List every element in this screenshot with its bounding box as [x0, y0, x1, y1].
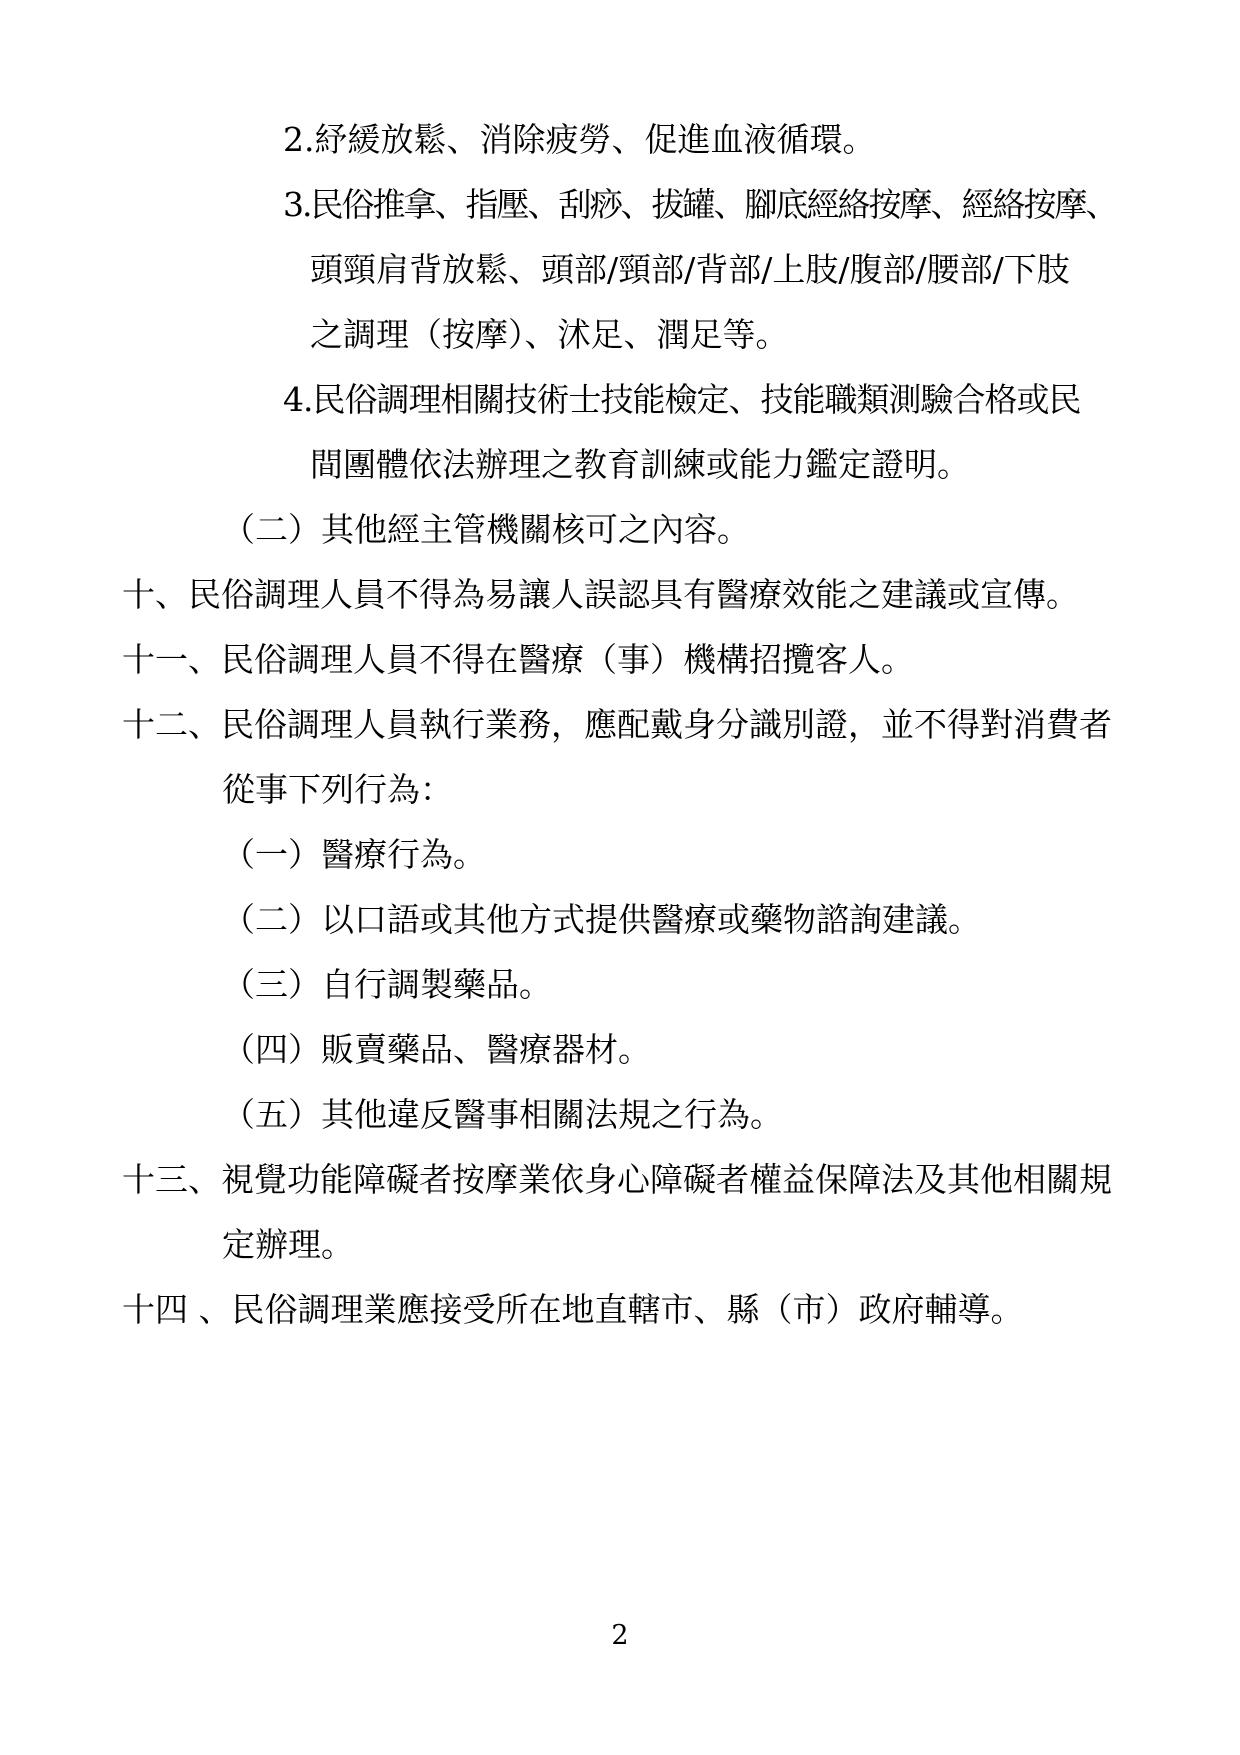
paren-item-4: （四）販賣藥品、醫療器材。	[0, 1017, 1240, 1082]
numbered-item-3-cont-1: 頭頸肩背放鬆、頭部/頸部/背部/上肢/腹部/腰部/下肢	[0, 237, 1240, 302]
numbered-item-4: 4.民俗調理相關技術士技能檢定、技能職類測驗合格或民	[0, 367, 1240, 432]
item-13-cont: 定辦理。	[0, 1212, 1240, 1277]
numbered-item-3: 3.民俗推拿、指壓、刮痧、拔罐、腳底經絡按摩、經絡按摩、	[0, 172, 1240, 237]
item-10: 十、民俗調理人員不得為易讓人誤認具有醫療效能之建議或宣傳。	[0, 562, 1240, 627]
item-14: 十四 、民俗調理業應接受所在地直轄市、縣（市）政府輔導。	[0, 1277, 1240, 1342]
paren-item-2-other: （二）其他經主管機關核可之內容。	[0, 497, 1240, 562]
document-body: 2.紓緩放鬆、消除疲勞、促進血液循環。 3.民俗推拿、指壓、刮痧、拔罐、腳底經絡…	[0, 0, 1240, 1342]
numbered-item-3-cont-2: 之調理（按摩）、沭足、潤足等。	[0, 302, 1240, 367]
paren-item-5: （五）其他違反醫事相關法規之行為。	[0, 1082, 1240, 1147]
paren-item-2: （二）以口語或其他方式提供醫療或藥物諮詢建議。	[0, 887, 1240, 952]
document-page: 2.紓緩放鬆、消除疲勞、促進血液循環。 3.民俗推拿、指壓、刮痧、拔罐、腳底經絡…	[0, 0, 1240, 1755]
paren-item-1: （一）醫療行為。	[0, 822, 1240, 887]
item-12: 十二、民俗調理人員執行業務，應配戴身分識別證，並不得對消費者	[0, 692, 1240, 757]
item-13: 十三、視覺功能障礙者按摩業依身心障礙者權益保障法及其他相關規	[0, 1147, 1240, 1212]
page-number: 2	[0, 1616, 1240, 1656]
numbered-item-4-cont: 間團體依法辦理之教育訓練或能力鑑定證明。	[0, 432, 1240, 497]
paren-item-3: （三）自行調製藥品。	[0, 952, 1240, 1017]
numbered-item-2: 2.紓緩放鬆、消除疲勞、促進血液循環。	[0, 107, 1240, 172]
item-12-cont: 從事下列行為：	[0, 757, 1240, 822]
item-11: 十一、民俗調理人員不得在醫療（事）機構招攬客人。	[0, 627, 1240, 692]
